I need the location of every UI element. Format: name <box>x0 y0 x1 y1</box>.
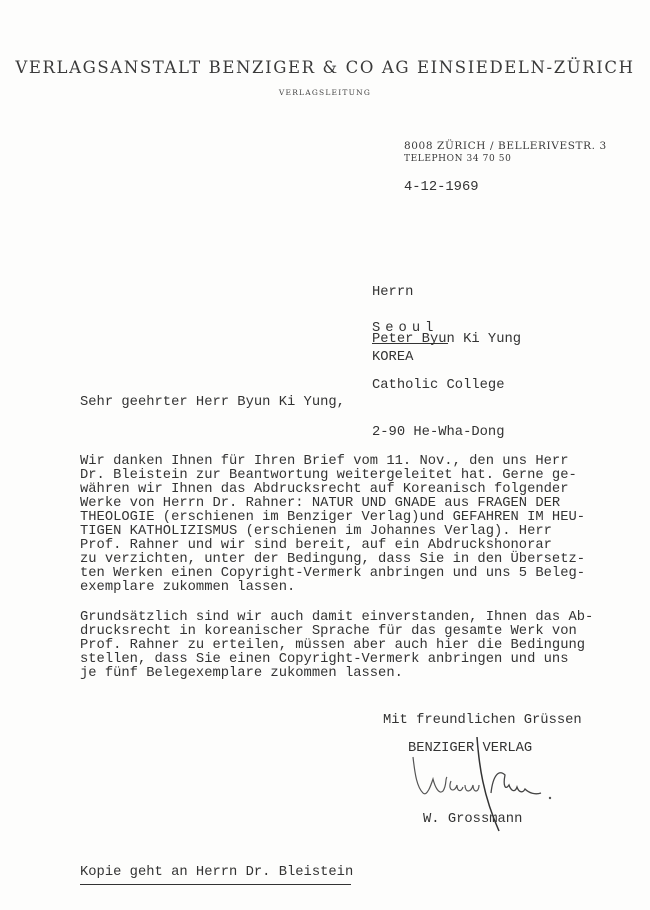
sender-street: 8008 ZÜRICH / BELLERIVESTR. 3 <box>404 140 607 153</box>
body-paragraph-2: Grundsätzlich sind wir auch damit einver… <box>80 611 593 681</box>
body-line: ten Werken einen Copyright-Vermerk anbri… <box>80 567 585 581</box>
letter-date: 4-12-1969 <box>404 180 479 195</box>
signer-name: W. Grossmann <box>423 812 522 827</box>
letterhead-company: VERLAGSANSTALT BENZIGER & CO AG EINSIEDE… <box>0 58 650 77</box>
recipient-line: Catholic College <box>372 378 521 394</box>
salutation: Sehr geehrter Herr Byun Ki Yung, <box>80 395 345 410</box>
letter-page: VERLAGSANSTALT BENZIGER & CO AG EINSIEDE… <box>0 0 650 910</box>
sender-address: 8008 ZÜRICH / BELLERIVESTR. 3 TELEPHON 3… <box>404 140 607 166</box>
body-line: Grundsätzlich sind wir auch damit einver… <box>80 611 593 625</box>
body-line: währen wir Ihnen das Abdrucksrecht auf K… <box>80 483 585 497</box>
body-line: Prof. Rahner und wir sind bereit, auf ei… <box>80 539 585 553</box>
body-line: Werke von Herrn Dr. Rahner: NATUR UND GN… <box>80 497 585 511</box>
city-underline <box>372 343 448 344</box>
body-line: je fünf Belegexemplare zukommen lassen. <box>80 667 593 681</box>
body-line: drucksrecht in koreanischer Sprache für … <box>80 625 593 639</box>
body-line: THEOLOGIE (erschienen im Benziger Verlag… <box>80 511 585 525</box>
copy-notice-underline <box>80 884 351 885</box>
recipient-country: KOREA <box>372 350 413 365</box>
recipient-line: Herrn <box>372 285 521 301</box>
body-line: TIGEN KATHOLIZISMUS (erschienen im Johan… <box>80 525 585 539</box>
body-line: zu verzichten, unter der Bedingung, dass… <box>80 553 585 567</box>
body-line: Wir danken Ihnen für Ihren Brief vom 11.… <box>80 455 585 469</box>
recipient-city: Seoul <box>372 321 438 336</box>
recipient-line: 2-90 He-Wha-Dong <box>372 425 521 441</box>
copy-notice: Kopie geht an Herrn Dr. Bleistein <box>80 865 353 880</box>
letterhead-department: VERLAGSLEITUNG <box>0 88 650 97</box>
body-line: stellen, dass Sie einen Copyright-Vermer… <box>80 653 593 667</box>
body-paragraph-1: Wir danken Ihnen für Ihren Brief vom 11.… <box>80 455 585 595</box>
closing: Mit freundlichen Grüssen <box>383 713 582 728</box>
body-line: Dr. Bleistein zur Beantwortung weitergel… <box>80 469 585 483</box>
sender-phone: TELEPHON 34 70 50 <box>404 153 607 166</box>
body-line: exemplare zukommen lassen. <box>80 581 585 595</box>
body-line: Prof. Rahner zu erteilen, müssen aber au… <box>80 639 593 653</box>
